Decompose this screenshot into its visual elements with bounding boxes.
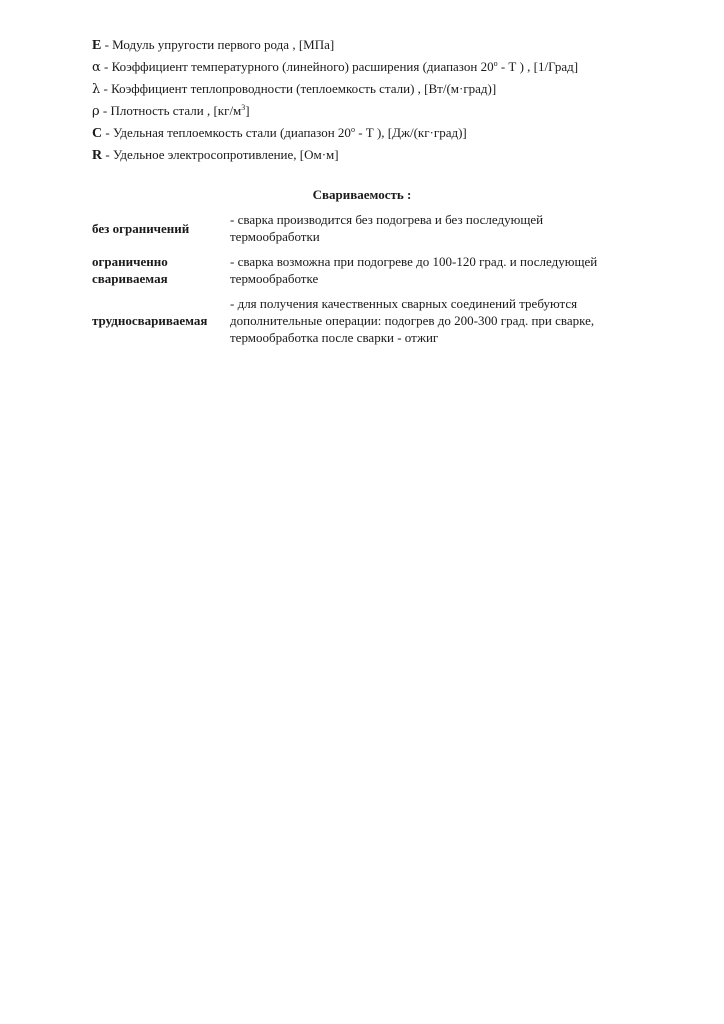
legend-line-lambda: λ - Коэффициент теплопроводности (теплое… [92, 78, 578, 100]
legend-text: - Удельное электросопротивление, [Ом·м] [102, 147, 339, 162]
weldability-row: трудносвариваемая - для получения качест… [92, 295, 632, 346]
legend-symbol: α [92, 60, 101, 75]
legend-symbol: E [92, 38, 101, 53]
weldability-description: - сварка возможна при подогреве до 100-1… [230, 253, 632, 287]
weldability-term: ограниченно свариваемая [92, 253, 230, 287]
weldability-title: Свариваемость : [0, 187, 724, 203]
legend-text: - Т ) , [1/Град] [498, 59, 578, 74]
legend-symbol: λ [92, 82, 100, 97]
legend-text: - Модуль упругости первого рода , [МПа] [101, 37, 334, 52]
weldability-row: ограниченно свариваемая - сварка возможн… [92, 253, 632, 287]
legend-text: - Коэффициент теплопроводности (теплоемк… [100, 81, 496, 96]
legend-text: - Удельная теплоемкость стали (диапазон … [102, 125, 351, 140]
legend-line-e: E - Модуль упругости первого рода , [МПа… [92, 34, 578, 56]
legend-symbol: C [92, 126, 102, 141]
legend-text: - Т ), [Дж/(кг·град)] [355, 125, 467, 140]
weldability-term: без ограничений [92, 220, 230, 237]
legend-symbol: ρ [92, 104, 100, 119]
symbol-legend: E - Модуль упругости первого рода , [МПа… [92, 34, 578, 166]
legend-text: - Коэффициент температурного (линейного)… [101, 59, 494, 74]
legend-text: - Плотность стали , [кг/м [100, 103, 242, 118]
weldability-description: - сварка производится без подогрева и бе… [230, 211, 632, 245]
legend-line-alpha: α - Коэффициент температурного (линейног… [92, 56, 578, 78]
legend-line-c: C - Удельная теплоемкость стали (диапазо… [92, 122, 578, 144]
legend-text: ] [245, 103, 249, 118]
weldability-term: трудносвариваемая [92, 312, 230, 329]
weldability-description: - для получения качественных сварных сое… [230, 295, 632, 346]
weldability-row: без ограничений - сварка производится бе… [92, 211, 632, 245]
legend-symbol: R [92, 148, 102, 163]
weldability-table: без ограничений - сварка производится бе… [92, 211, 632, 354]
legend-line-rho: ρ - Плотность стали , [кг/м3] [92, 100, 578, 122]
legend-line-r: R - Удельное электросопротивление, [Ом·м… [92, 144, 578, 166]
